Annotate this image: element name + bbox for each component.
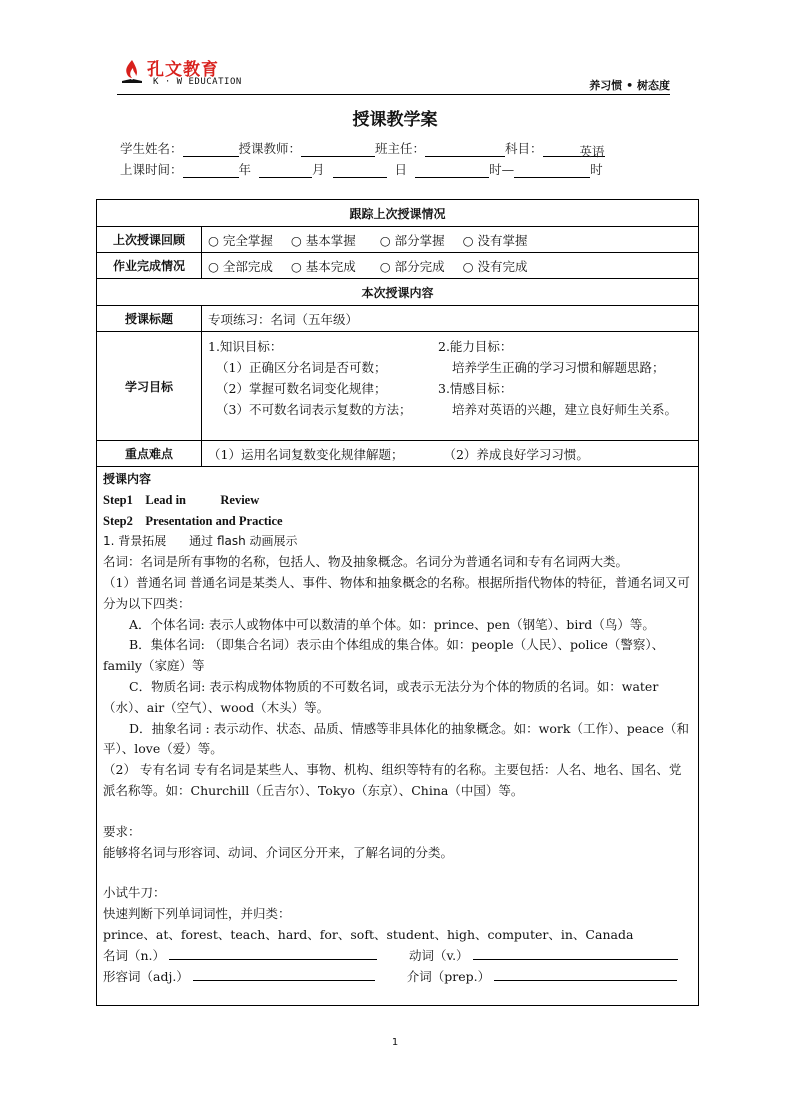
proper-noun-para: （2） 专有名词 专有名词是某些人、事物、机构、组织等特有的名称。主要包括：人名…	[103, 760, 692, 802]
goal-left-1: 1.知识目标：	[208, 337, 438, 356]
hour-to-label: 时	[590, 160, 603, 178]
verb-answer-field[interactable]	[473, 946, 678, 960]
lesson-content: 授课内容 Step1 Lead in Review Step2 Presenta…	[97, 467, 699, 1006]
homework-option-none[interactable]: ○ 没有完成	[463, 257, 528, 275]
month-label: 月	[312, 160, 325, 178]
key-points-value: （1）运用名词复数变化规律解题；（2）养成良好学习习惯。	[202, 441, 699, 467]
flame-book-icon	[121, 59, 143, 85]
goal-right-2: 培养学生正确的学习习惯和解题思路；	[438, 358, 692, 377]
homework-option-basic[interactable]: ○ 基本完成	[291, 257, 356, 275]
logo-en-text: K · W EDUCATION	[153, 77, 242, 87]
topic-value: 专项练习：名词（五年级）	[202, 306, 699, 332]
word-list: prince、at、forest、teach、hard、for、soft、stu…	[103, 925, 692, 946]
year-label: 年	[239, 160, 252, 178]
noun-label: 名词（n.）	[103, 948, 165, 963]
individual-noun: A．个体名词: 表示人或物体中可以数清的单个体。如：prince、pen（钢笔）…	[103, 615, 692, 636]
collective-noun: B．集体名词: （即集合名词）表示由个体组成的集合体。如：people（人民）、…	[103, 635, 692, 677]
page-title: 授课教学案	[0, 105, 790, 130]
homework-option-partial[interactable]: ○ 部分完成	[380, 257, 445, 275]
adj-label: 形容词（adj.）	[103, 969, 189, 984]
goals-label: 学习目标	[97, 332, 202, 441]
page-header: 孔文教育 K · W EDUCATION 养习惯 • 树态度	[117, 57, 670, 95]
goal-right-3: 3.情感目标：	[438, 379, 692, 398]
step2: Step2 Presentation and Practice	[103, 511, 692, 532]
goal-right-1: 2.能力目标：	[438, 337, 692, 356]
goals-cell: 1.知识目标： 2.能力目标： （1）正确区分名词是否可数； 培养学生正确的学习…	[202, 332, 699, 441]
goal-right-4: 培养对英语的兴趣，建立良好师生关系。	[438, 400, 692, 419]
practice-label: 小试牛刀：	[103, 883, 692, 904]
key-points-label: 重点难点	[97, 441, 202, 467]
hour-from-field[interactable]	[415, 163, 489, 178]
lesson-plan-table: 跟踪上次授课情况 上次授课回顾 ○ 完全掌握○ 基本掌握○ 部分掌握○ 没有掌握…	[96, 199, 699, 1006]
step1: Step1 Lead in Review	[103, 490, 692, 511]
logo: 孔文教育 K · W EDUCATION	[121, 57, 251, 91]
noun-answer-field[interactable]	[169, 946, 377, 960]
headteacher-label: 班主任：	[375, 139, 425, 157]
student-label: 学生姓名：	[120, 139, 183, 157]
review-label: 上次授课回顾	[97, 227, 202, 253]
abstract-noun: D．抽象名词 : 表示动作、状态、品质、情感等非具体化的抽象概念。如：work（…	[103, 719, 692, 761]
goal-left-4: （3）不可数名词表示复数的方法；	[208, 400, 438, 419]
info-line-1: 学生姓名：授课教师：班主任：科目：英语	[120, 139, 605, 157]
motto: 养习惯 • 树态度	[589, 77, 670, 93]
hour-from-label: 时—	[489, 160, 514, 178]
review-option-full[interactable]: ○ 完全掌握	[208, 231, 273, 249]
tracking-section-title: 跟踪上次授课情况	[97, 200, 699, 227]
hour-to-field[interactable]	[514, 163, 590, 178]
requirement-text: 能够将名词与形容词、动词、介词区分开来，了解名词的分类。	[103, 843, 692, 864]
verb-label: 动词（v.）	[409, 948, 469, 963]
goal-left-3: （2）掌握可数名词变化规律；	[208, 379, 438, 398]
student-name-field[interactable]	[183, 142, 239, 157]
review-options: ○ 完全掌握○ 基本掌握○ 部分掌握○ 没有掌握	[202, 227, 699, 253]
key-point-2: （2）养成良好学习习惯。	[443, 447, 588, 462]
content-heading: 授课内容	[103, 469, 692, 490]
current-section-title: 本次授课内容	[97, 279, 699, 306]
year-field[interactable]	[183, 163, 239, 178]
answer-row-1: 名词（n.） 动词（v.）	[103, 946, 692, 967]
day-label: 日	[395, 160, 408, 178]
goal-left-2: （1）正确区分名词是否可数；	[208, 358, 438, 377]
topic-label: 授课标题	[97, 306, 202, 332]
key-point-1: （1）运用名词复数变化规律解题；	[208, 447, 403, 462]
time-label: 上课时间：	[120, 160, 183, 178]
page-number: 1	[0, 1037, 790, 1048]
review-option-partial[interactable]: ○ 部分掌握	[380, 231, 445, 249]
info-line-2: 上课时间：年月日时—时	[120, 160, 603, 178]
answer-row-2: 形容词（adj.） 介词（prep.）	[103, 967, 692, 988]
headteacher-field[interactable]	[425, 142, 505, 157]
prep-label: 介词（prep.）	[407, 969, 490, 984]
adj-answer-field[interactable]	[193, 967, 375, 981]
background-line: 1. 背景拓展 通过 flash 动画展示	[103, 531, 692, 552]
material-noun: C．物质名词: 表示构成物体物质的不可数名词，或表示无法分为个体的物质的名词。如…	[103, 677, 692, 719]
subject-label: 科目：	[505, 139, 543, 157]
practice-instruction: 快速判断下列单词词性，并归类：	[103, 904, 692, 925]
day-field[interactable]	[333, 163, 387, 178]
requirement-label: 要求：	[103, 822, 692, 843]
prep-answer-field[interactable]	[494, 967, 677, 981]
review-option-none[interactable]: ○ 没有掌握	[463, 231, 528, 249]
homework-option-all[interactable]: ○ 全部完成	[208, 257, 273, 275]
common-noun-para: （1）普通名词 普通名词是某类人、事件、物体和抽象概念的名称。根据所指代物体的特…	[103, 573, 692, 615]
teacher-name-field[interactable]	[301, 142, 375, 157]
teacher-label: 授课教师：	[239, 139, 302, 157]
subject-field[interactable]: 英语	[543, 142, 605, 157]
month-field[interactable]	[259, 163, 312, 178]
noun-definition: 名词：名词是所有事物的名称，包括人、物及抽象概念。名词分为普通名词和专有名词两大…	[103, 552, 692, 573]
homework-options: ○ 全部完成○ 基本完成○ 部分完成○ 没有完成	[202, 253, 699, 279]
homework-label: 作业完成情况	[97, 253, 202, 279]
review-option-basic[interactable]: ○ 基本掌握	[291, 231, 356, 249]
